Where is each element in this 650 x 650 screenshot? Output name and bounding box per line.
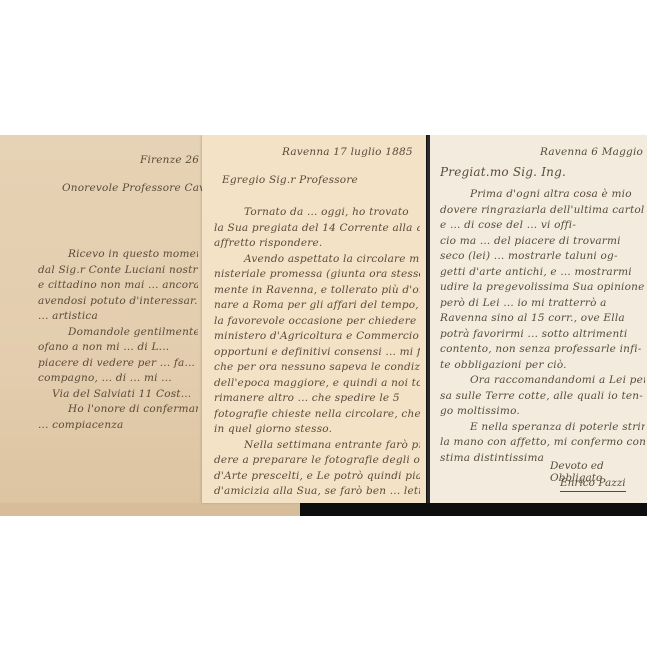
letter-right-date: Ravenna 6 Maggio 86 <box>540 145 647 161</box>
text-line: e ... di cose del ... vi offi- <box>440 218 645 234</box>
text-line: nare a Roma per gli affari del tempo, co… <box>214 298 420 314</box>
text-line: Ho l'onore di confermarmi <box>38 402 198 418</box>
text-line: dovere ringraziarla dell'ultima cartolin… <box>440 203 645 219</box>
text-line: ministero d'Agricoltura e Commercio gli <box>214 329 420 345</box>
text-line: mente in Ravenna, e tollerato più d'ordi… <box>214 283 420 299</box>
text-line: go moltissimo. <box>440 404 645 420</box>
text-line: Nella settimana entrante farò proce- <box>214 438 420 454</box>
text-line: seco (lei) ... mostrarle taluni og- <box>440 249 645 265</box>
text-line: Tornato da ... oggi, ho trovato <box>214 205 420 221</box>
text-line: potrà favorirmi ... sotto altrimenti <box>440 327 645 343</box>
text-line: ... compiacenza <box>38 418 198 434</box>
text-line: E nella speranza di poterle stringere <box>440 420 645 436</box>
text-line: rimanere altro ... che spedire le 5 <box>214 391 420 407</box>
text-line: d'amicizia alla Sua, se farò ben ... let… <box>214 484 420 500</box>
text-line: Domandole gentilmente p... <box>38 325 198 341</box>
text-line: dell'epoca maggiore, e quindi a noi tocc… <box>214 376 420 392</box>
text-line: nisteriale promessa (giunta ora stesso) … <box>214 267 420 283</box>
text-line: opportuni e definitivi consensi ... mi f… <box>214 345 420 361</box>
letter-right-salutation: Pregiat.mo Sig. Ing. <box>440 165 566 181</box>
letter-left-body: Ricevo in questo momento dal Sig.r Conte… <box>38 247 198 433</box>
text-line: la Sua pregiata del 14 Corrente alla qua… <box>214 221 420 237</box>
text-line: Avendo aspettato la circolare mi- <box>214 252 420 268</box>
text-line: ofano a non mi ... di L... <box>38 340 198 356</box>
left-paper-edge <box>0 503 302 516</box>
text-line: la favorevole occasione per chiedere al <box>214 314 420 330</box>
text-line: però di Lei ... io mi tratterrò a <box>440 296 645 312</box>
letter-left-heading: Firenze 26 <box>140 153 199 169</box>
letter-right-body: Prima d'ogni altra cosa è mio dovere rin… <box>440 187 645 466</box>
text-line: te obbligazioni per ciò. <box>440 358 645 374</box>
text-line: Ora raccomandandomi a Lei per ... promes… <box>440 373 645 389</box>
text-line: Prima d'ogni altra cosa è mio <box>440 187 645 203</box>
text-line: dal Sig.r Conte Luciani nostro Co... <box>38 263 198 279</box>
letter-right: Ravenna 6 Maggio 86 Pregiat.mo Sig. Ing.… <box>427 135 647 503</box>
text-line: getti d'arte antichi, e ... mostrarmi <box>440 265 645 281</box>
letter-middle-date: Ravenna 17 luglio 1885 <box>282 145 413 161</box>
text-line: compagno, ... di ... mi ... <box>38 371 198 387</box>
text-line: cio ma ... del piacere di trovarmi <box>440 234 645 250</box>
dark-background-strip <box>300 503 647 516</box>
text-line: la mano con affetto, mi confermo con <box>440 435 645 451</box>
text-line: piacere di vedere per ... fa... <box>38 356 198 372</box>
letter-right-signature: Enrico Pazzi <box>560 477 626 492</box>
letter-middle-salutation: Egregio Sig.r Professore <box>222 173 358 189</box>
text-line: affretto rispondere. <box>214 236 420 252</box>
text-line: contento, non senza professarle infi- <box>440 342 645 358</box>
letters-photo: Firenze 26 Onorevole Professore Cav. Gue… <box>0 135 647 516</box>
text-line: fotografie chieste nella circolare, che … <box>214 407 420 423</box>
letter-middle-body: Tornato da ... oggi, ho trovato la Sua p… <box>214 205 420 500</box>
text-line: Ravenna sino al 15 corr., ove Ella <box>440 311 645 327</box>
text-line: che per ora nessuno sapeva le condizioni <box>214 360 420 376</box>
text-line: sa sulle Terre cotte, alle quali io ten- <box>440 389 645 405</box>
text-line: udire la pregevolissima Sua opinione, <box>440 280 645 296</box>
letter-middle: Ravenna 17 luglio 1885 Egregio Sig.r Pro… <box>202 135 426 503</box>
text-line: d'Arte prescelti, e Le potrò quindi piac… <box>214 469 420 485</box>
text-line: in quel giorno stesso. <box>214 422 420 438</box>
text-line: Via del Salviati 11 Cost... <box>38 387 198 403</box>
text-line: dere a preparare le fotografie degli ogg… <box>214 453 420 469</box>
text-line: avendosi potuto d'interessar... <box>38 294 198 310</box>
text-line: e cittadino non mai ... ancora <box>38 278 198 294</box>
text-line: ... artistica <box>38 309 198 325</box>
text-line: Ricevo in questo momento <box>38 247 198 263</box>
